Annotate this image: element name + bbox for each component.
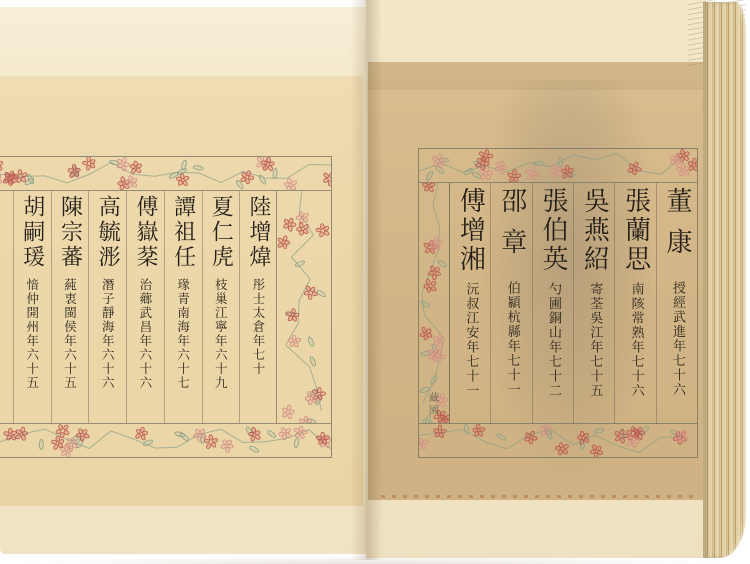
person-detail: 愔仲開州年六十五 xyxy=(25,278,40,390)
right-roster: 董康授經武進年七十六張蘭思南陔常熟年七十六吳燕紹寄荃吳江年七十五張伯英勺圃銅山年… xyxy=(449,183,697,424)
person-name: 譚祖任 xyxy=(171,195,196,270)
floral-ornament xyxy=(277,191,331,423)
person-name: 邵章 xyxy=(497,187,527,269)
person-detail: 蒓衷閩侯年六十五 xyxy=(62,278,77,390)
page-stack-fore-edge xyxy=(703,2,746,558)
roster-entry: 董康授經武進年七十六 xyxy=(656,183,697,424)
person-name: 董康 xyxy=(662,187,692,269)
person-name: 胡嗣瑗 xyxy=(20,195,45,270)
person-detail: 彤士太倉年七十 xyxy=(251,278,266,376)
person-name: 夏仁虎 xyxy=(208,195,233,270)
roster-entry: 吳燕紹寄荃吳江年七十五 xyxy=(573,183,614,424)
roster-entry: 陸增煒彤士太倉年七十 xyxy=(239,191,277,423)
roster-entry: 張蘭思南陔常熟年七十六 xyxy=(614,183,655,424)
right-mounted-sheet: 藏園 董康授經武進年七十六張蘭思南陔常熟年七十六吳燕紹寄荃吳江年七十五張伯英勺圃… xyxy=(368,62,704,500)
roster-entry: 張伯英勺圃銅山年七十二 xyxy=(532,183,573,424)
person-detail: 寄荃吳江年七十五 xyxy=(587,282,602,398)
person-name: 傅嶽棻 xyxy=(133,195,158,270)
roster-entry: 邵章伯顈杭縣年七十一 xyxy=(490,183,531,424)
left-roster: 陸增煒彤士太倉年七十夏仁虎枝巢江寧年六十九譚祖任瑑青南海年六十七傅嶽棻治薌武昌年… xyxy=(13,191,277,423)
floral-ornament xyxy=(419,424,697,457)
roster-entry: 胡嗣瑗愔仲開州年六十五 xyxy=(13,191,51,423)
right-decorated-frame: 藏園 董康授經武進年七十六張蘭思南陔常熟年七十六吳燕紹寄荃吳江年七十五張伯英勺圃… xyxy=(418,148,698,458)
floral-border-top xyxy=(0,157,331,191)
person-name: 陸增煒 xyxy=(246,195,271,270)
person-name: 高毓浵 xyxy=(95,195,120,270)
foxing-speckles xyxy=(381,495,693,498)
floral-ornament xyxy=(419,183,449,423)
person-name: 張蘭思 xyxy=(621,187,651,274)
left-mounted-sheet: 陸增煒彤士太倉年七十夏仁虎枝巢江寧年六十九譚祖任瑑青南海年六十七傅嶽棻治薌武昌年… xyxy=(0,76,363,506)
person-name: 吳燕紹 xyxy=(579,187,609,274)
floral-ornament xyxy=(0,424,331,457)
floral-border-side xyxy=(276,191,331,423)
person-detail: 南陔常熟年七十六 xyxy=(629,282,644,398)
roster-entry: 譚祖任瑑青南海年六十七 xyxy=(164,191,202,423)
roster-entry: 夏仁虎枝巢江寧年六十九 xyxy=(202,191,240,423)
right-page: 藏園 董康授經武進年七十六張蘭思南陔常熟年七十六吳燕紹寄荃吳江年七十五張伯英勺圃… xyxy=(366,0,706,558)
person-detail: 瑑青南海年六十七 xyxy=(176,278,191,390)
roster-entry: 傅嶽棻治薌武昌年六十六 xyxy=(126,191,164,423)
collection-mark: 藏園 xyxy=(427,392,442,417)
book-gutter xyxy=(350,0,382,560)
person-detail: 沅叔江安年七十一 xyxy=(463,282,478,398)
roster-entry: 陳宗蕃蒓衷閩侯年六十五 xyxy=(51,191,89,423)
album-photo: 陸增煒彤士太倉年七十夏仁虎枝巢江寧年六十九譚祖任瑑青南海年六十七傅嶽棻治薌武昌年… xyxy=(0,0,750,564)
roster-entry: 高毓浵潛子靜海年六十六 xyxy=(88,191,126,423)
person-detail: 治薌武昌年六十六 xyxy=(138,278,153,390)
floral-border-side: 藏園 xyxy=(419,183,450,423)
left-page: 陸增煒彤士太倉年七十夏仁虎枝巢江寧年六十九譚祖任瑑青南海年六十七傅嶽棻治薌武昌年… xyxy=(0,7,366,554)
left-decorated-frame: 陸增煒彤士太倉年七十夏仁虎枝巢江寧年六十九譚祖任瑑青南海年六十七傅嶽棻治薌武昌年… xyxy=(0,156,332,458)
floral-border-bottom xyxy=(419,423,697,457)
person-detail: 授經武進年七十六 xyxy=(670,281,685,397)
person-detail: 伯顈杭縣年七十一 xyxy=(505,281,520,397)
person-detail: 枝巢江寧年六十九 xyxy=(213,278,228,390)
person-name: 傅增湘 xyxy=(455,187,485,274)
floral-border-top xyxy=(419,149,697,183)
person-name: 張伯英 xyxy=(538,187,568,274)
floral-ornament xyxy=(419,149,697,182)
floral-border-bottom xyxy=(0,423,331,457)
person-detail: 勺圃銅山年七十二 xyxy=(546,282,561,398)
person-detail: 潛子靜海年六十六 xyxy=(100,278,115,390)
person-name: 陳宗蕃 xyxy=(57,195,82,270)
floral-ornament xyxy=(0,157,331,190)
roster-entry: 傅增湘沅叔江安年七十一 xyxy=(449,183,490,424)
